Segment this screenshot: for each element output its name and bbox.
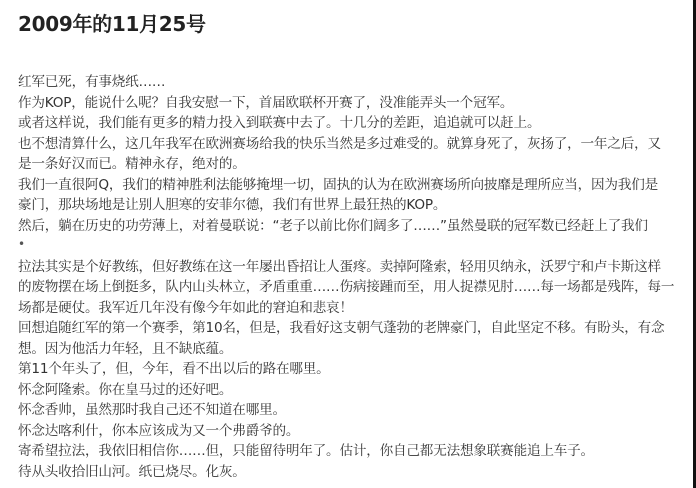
paragraph-line: 回想追随红军的第一个赛季，第10名，但是，我看好这支朝气蓬勃的老牌豪门，自此坚定… [18,318,694,339]
paragraph-line: 怀念达喀利什，你本应该成为又一个弗爵爷的。 [18,421,694,442]
article-body: 红军已死，有事烧纸…… 作为KOP，能说什么呢？自我安慰一下，首届欧联杯开赛了，… [18,72,694,482]
paragraph-line: 寄希望拉法，我依旧相信你……但，只能留待明年了。估计，你自己都无法想象联赛能追上… [18,441,694,462]
article-page: 2009年的11月25号 红军已死，有事烧纸…… 作为KOP，能说什么呢？自我安… [0,0,693,488]
paragraph-line: 想。因为他活力年轻，且不缺底蕴。 [18,339,694,360]
paragraph-line: 第11个年头了，但，今年，看不出以后的路在哪里。 [18,359,694,380]
paragraph-line: 是一条好汉而已。精神永存，绝对的。 [18,154,694,175]
paragraph-line: 也不想清算什么，这几年我军在欧洲赛场给我的快乐当然是多过难受的。就算身死了，灰扬… [18,134,694,155]
paragraph-line: 豪门，那块场地是让别人胆寒的安菲尔德，我们有世界上最狂热的KOP。 [18,195,694,216]
paragraph-line: 的废物摆在场上倒挺多，队内山头林立，矛盾重重……伤病接踵而至，用人捉襟见肘……每… [18,277,694,298]
paragraph-line: 怀念阿隆索。你在皇马过的还好吧。 [18,380,694,401]
paragraph-line: 红军已死，有事烧纸…… [18,72,694,93]
paragraph-line: 拉法其实是个好教练，但好教练在这一年屡出昏招让人蛋疼。卖掉阿隆索，轻用贝纳永，沃… [18,257,694,278]
paragraph-line: 或者这样说，我们能有更多的精力投入到联赛中去了。十几分的差距，追追就可以赶上。 [18,113,694,134]
paragraph-line: 作为KOP，能说什么呢？自我安慰一下，首届欧联杯开赛了，没准能弄头一个冠军。 [18,93,694,114]
paragraph-line: 场都是硬仗。我军近几年没有像今年如此的窘迫和悲哀！ [18,298,694,319]
bullet-separator: • [18,236,694,257]
paragraph-line: 我们一直很阿Q，我们的精神胜利法能够掩埋一切，固执的认为在欧洲赛场所向披靡是理所… [18,175,694,196]
paragraph-line: 然后，躺在历史的功劳薄上，对着曼联说：“老子以前比你们阔多了……”虽然曼联的冠军… [18,216,694,237]
paragraph-line: 待从头收拾旧山河。纸已烧尽。化灰。 [18,462,694,483]
paragraph-line: 怀念香帅，虽然那时我自己还不知道在哪里。 [18,400,694,421]
article-title: 2009年的11月25号 [18,8,206,37]
